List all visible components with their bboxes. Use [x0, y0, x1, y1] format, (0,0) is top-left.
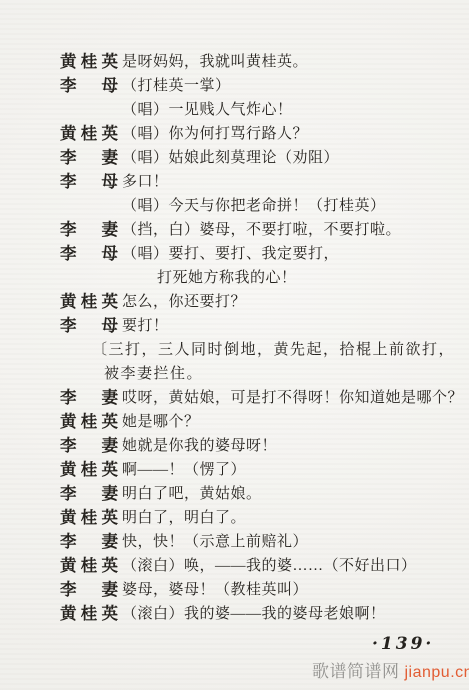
script-line: 黄桂英（滚白）唤，——我的婆……（不好出口） — [0, 554, 469, 578]
speaker-name: 李母 — [60, 242, 118, 266]
dialogue-text: 多口！ — [122, 170, 169, 194]
script-line: 李妻（挡，白）婆母，不要打啦，不要打啦。 — [0, 218, 469, 242]
dialogue-text: （打桂英一掌） — [122, 74, 231, 98]
script-line: 黄桂英（唱）你为何打骂行路人？ — [0, 122, 469, 146]
speaker-name: 黄桂英 — [60, 290, 118, 314]
speaker-name: 黄桂英 — [60, 554, 118, 578]
script-line: 李母多口！ — [0, 170, 469, 194]
dialogue-text: 快，快！（示意上前赔礼） — [122, 530, 308, 554]
script-line: 黄桂英（滚白）我的婆——我的婆母老娘啊！ — [0, 602, 469, 626]
script-line: 黄桂英她是哪个？ — [0, 410, 469, 434]
page-number: ·139· — [372, 634, 434, 654]
dialogue-text: 怎么，你还要打？ — [122, 290, 246, 314]
script-line: 李母（唱）要打、要打、我定要打， — [0, 242, 469, 266]
dialogue-text: 啊——！（愣了） — [122, 458, 246, 482]
watermark-site-name: 歌谱简谱网 — [312, 662, 400, 681]
script-line: 李妻明白了吧，黄姑娘。 — [0, 482, 469, 506]
script-line: 李妻她就是你我的婆母呀！ — [0, 434, 469, 458]
speaker-name: 李母 — [60, 170, 118, 194]
script-line: （唱）今天与你把老命拼！（打桂英） — [0, 194, 469, 218]
scanned-script-page: 黄桂英是呀妈妈，我就叫黄桂英。李母（打桂英一掌）（唱）一见贱人气炸心！黄桂英（唱… — [0, 0, 469, 690]
script-line: 李妻（唱）姑娘此刻莫理论（劝阻） — [0, 146, 469, 170]
speaker-name: 李妻 — [60, 146, 118, 170]
speaker-name: 李妻 — [60, 386, 118, 410]
speaker-name: 李妻 — [60, 482, 118, 506]
script-line: 李母（打桂英一掌） — [0, 74, 469, 98]
dialogue-text: 她就是你我的婆母呀！ — [122, 434, 277, 458]
watermark-site-url: jianpu.cn — [405, 664, 469, 681]
dialogue-text: 哎呀，黄姑娘，可是打不得呀！你知道她是哪个？ — [122, 386, 463, 410]
dialogue-text: （唱）要打、要打、我定要打， — [122, 242, 339, 266]
script-line: 李妻哎呀，黄姑娘，可是打不得呀！你知道她是哪个？ — [0, 386, 469, 410]
speaker-name: 黄桂英 — [60, 410, 118, 434]
speaker-name: 李妻 — [60, 530, 118, 554]
dialogue-text: 她是哪个？ — [122, 410, 200, 434]
dialogue-text: 要打！ — [122, 314, 169, 338]
script-line: 打死她方称我的心！ — [0, 266, 469, 290]
speaker-name: 李母 — [60, 314, 118, 338]
dialogue-text: 〔三打，三人同时倒地，黄先起，拾棍上前欲打， — [92, 338, 455, 362]
script-line: 黄桂英啊——！（愣了） — [0, 458, 469, 482]
dialogue-text: 明白了吧，黄姑娘。 — [122, 482, 262, 506]
dialogue-text: 是呀妈妈，我就叫黄桂英。 — [122, 50, 308, 74]
speaker-name: 黄桂英 — [60, 50, 118, 74]
script-line: 李妻婆母，婆母！（教桂英叫） — [0, 578, 469, 602]
dialogue-text: （唱）一见贱人气炸心！ — [122, 98, 293, 122]
dialogue-text: （滚白）我的婆——我的婆母老娘啊！ — [122, 602, 386, 626]
script-line: 〔三打，三人同时倒地，黄先起，拾棍上前欲打， — [0, 338, 469, 362]
script-line: 黄桂英明白了，明白了。 — [0, 506, 469, 530]
dialogue-text: 打死她方称我的心！ — [157, 266, 297, 290]
speaker-name: 李妻 — [60, 434, 118, 458]
script-line: 李母要打！ — [0, 314, 469, 338]
script-line: （唱）一见贱人气炸心！ — [0, 98, 469, 122]
dialogue-text: 婆母，婆母！（教桂英叫） — [122, 578, 308, 602]
speaker-name: 李母 — [60, 74, 118, 98]
dialogue-text: （唱）你为何打骂行路人？ — [122, 122, 308, 146]
dialogue-text: （唱）今天与你把老命拼！（打桂英） — [122, 194, 386, 218]
dialogue-text: 被李妻拦住。 — [104, 362, 203, 386]
speaker-name: 黄桂英 — [60, 122, 118, 146]
watermark: 歌谱简谱网jianpu.cn — [312, 657, 469, 682]
speaker-name: 李妻 — [60, 218, 118, 242]
speaker-name: 李妻 — [60, 578, 118, 602]
script-line: 黄桂英是呀妈妈，我就叫黄桂英。 — [0, 50, 469, 74]
script-line: 被李妻拦住。 — [0, 362, 469, 386]
script-line: 李妻快，快！（示意上前赔礼） — [0, 530, 469, 554]
speaker-name: 黄桂英 — [60, 458, 118, 482]
dialogue-text: （滚白）唤，——我的婆……（不好出口） — [122, 554, 417, 578]
speaker-name: 黄桂英 — [60, 602, 118, 626]
script-body: 黄桂英是呀妈妈，我就叫黄桂英。李母（打桂英一掌）（唱）一见贱人气炸心！黄桂英（唱… — [0, 50, 469, 626]
speaker-name: 黄桂英 — [60, 506, 118, 530]
dialogue-text: 明白了，明白了。 — [122, 506, 246, 530]
script-line: 黄桂英怎么，你还要打？ — [0, 290, 469, 314]
dialogue-text: （挡，白）婆母，不要打啦，不要打啦。 — [122, 218, 401, 242]
dialogue-text: （唱）姑娘此刻莫理论（劝阻） — [122, 146, 339, 170]
